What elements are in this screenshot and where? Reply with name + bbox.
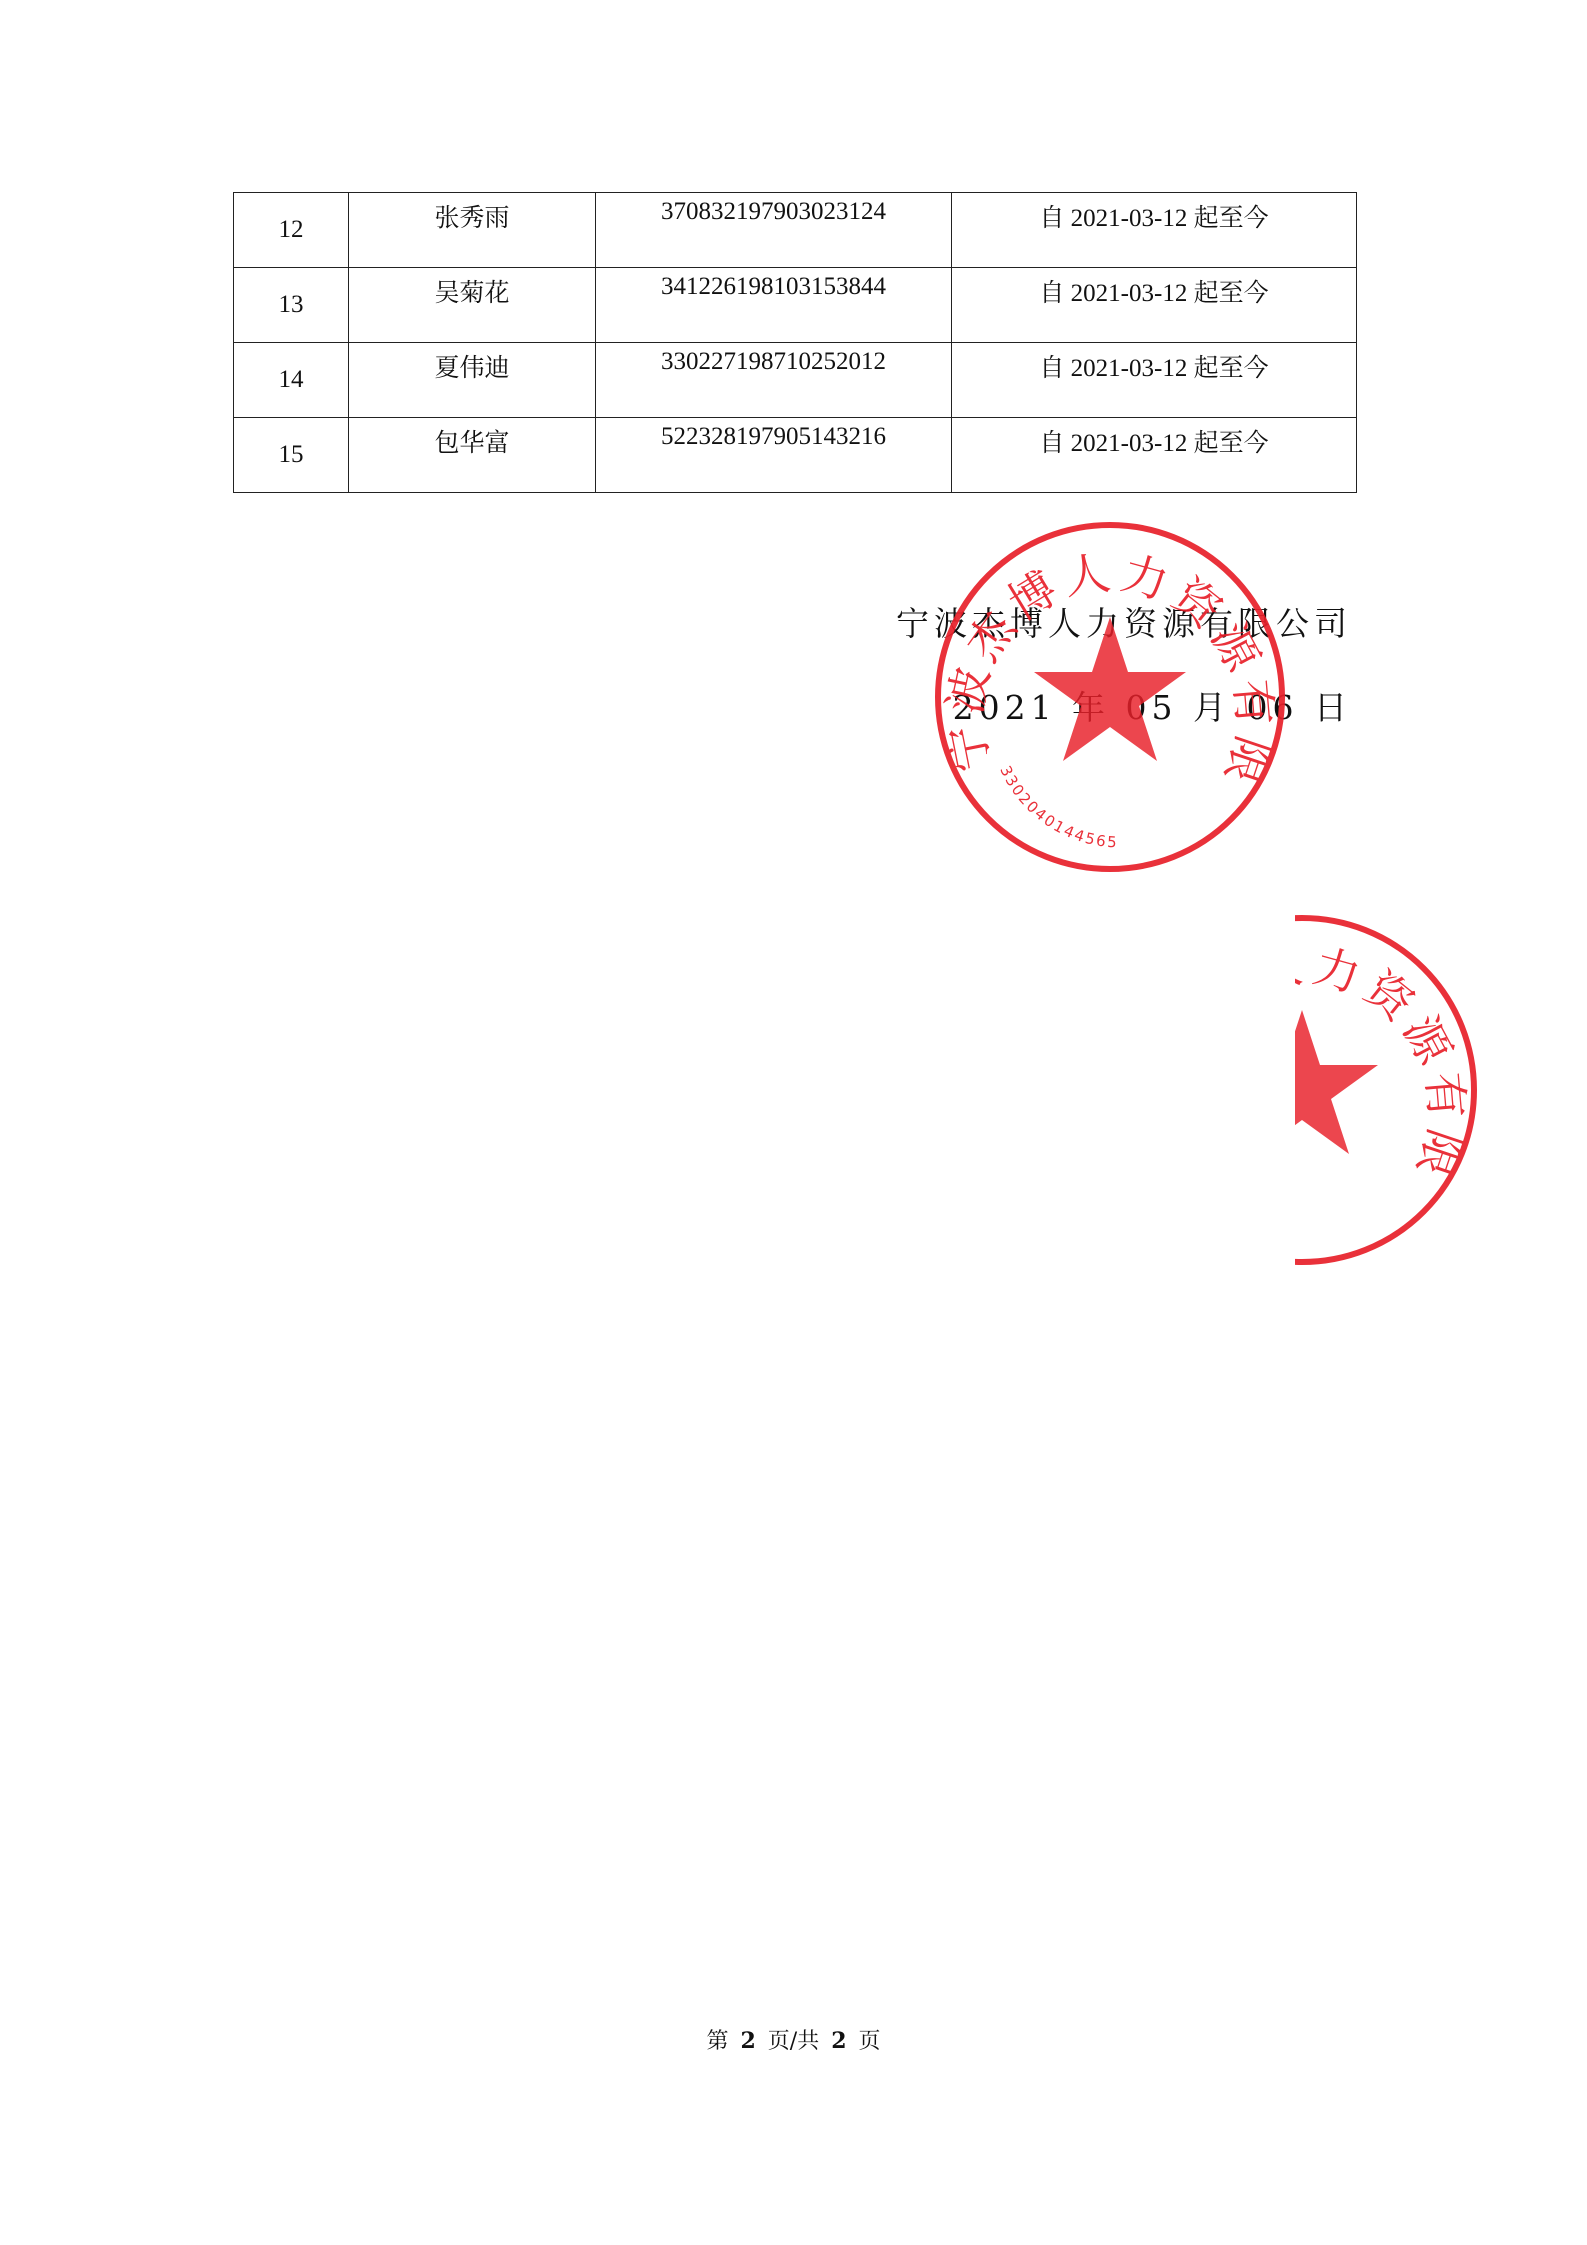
table-row: 14 夏伟迪 330227198710252012 自 2021-03-12 起… <box>234 343 1357 418</box>
total-pages-number: 2 <box>831 2028 846 2054</box>
row-number: 13 <box>234 268 349 343</box>
employee-name: 包华富 <box>349 418 596 493</box>
table-row: 13 吴菊花 341226198103153844 自 2021-03-12 起… <box>234 268 1357 343</box>
id-number: 330227198710252012 <box>596 343 952 418</box>
svg-text:宁波杰博人力资源有限公司: 宁波杰博人力资源有限公司 <box>1295 910 1475 1189</box>
signature-date: 2021 年 05 月 06 日 <box>953 682 1352 729</box>
row-number: 14 <box>234 343 349 418</box>
seam-seal-icon: 宁波杰博人力资源有限公司 <box>1295 910 1482 1270</box>
id-number: 370832197903023124 <box>596 193 952 268</box>
footer-prefix: 第 <box>706 2029 728 2054</box>
employee-name: 吴菊花 <box>349 268 596 343</box>
footer-middle: 页/共 <box>768 2029 819 2054</box>
seal-code: 3302040144565 <box>996 763 1119 852</box>
page-footer: 第2页/共2页 <box>0 2024 1587 2055</box>
id-number: 522328197905143216 <box>596 418 952 493</box>
employment-period: 自 2021-03-12 起至今 <box>952 418 1357 493</box>
employment-period: 自 2021-03-12 起至今 <box>952 193 1357 268</box>
footer-suffix: 页 <box>859 2029 881 2054</box>
seal-text: 宁波杰博人力资源有限公司 <box>930 517 1283 796</box>
employment-period: 自 2021-03-12 起至今 <box>952 268 1357 343</box>
seam-seal-text: 宁波杰博人力资源有限公司 <box>1295 910 1475 1189</box>
document-page: 12 张秀雨 370832197903023124 自 2021-03-12 起… <box>0 0 1587 2245</box>
current-page-number: 2 <box>740 2028 755 2054</box>
employee-table: 12 张秀雨 370832197903023124 自 2021-03-12 起… <box>233 192 1357 493</box>
table-row: 12 张秀雨 370832197903023124 自 2021-03-12 起… <box>234 193 1357 268</box>
svg-text:3302040144565: 3302040144565 <box>996 763 1119 852</box>
table-row: 15 包华富 522328197905143216 自 2021-03-12 起… <box>234 418 1357 493</box>
employment-period: 自 2021-03-12 起至今 <box>952 343 1357 418</box>
employee-name: 夏伟迪 <box>349 343 596 418</box>
id-number: 341226198103153844 <box>596 268 952 343</box>
seam-seal-container: 宁波杰博人力资源有限公司 <box>1295 905 1495 1275</box>
svg-text:宁波杰博人力资源有限公司: 宁波杰博人力资源有限公司 <box>930 517 1283 796</box>
employee-name: 张秀雨 <box>349 193 596 268</box>
signature-company: 宁波杰博人力资源有限公司 <box>896 598 1352 645</box>
row-number: 15 <box>234 418 349 493</box>
row-number: 12 <box>234 193 349 268</box>
